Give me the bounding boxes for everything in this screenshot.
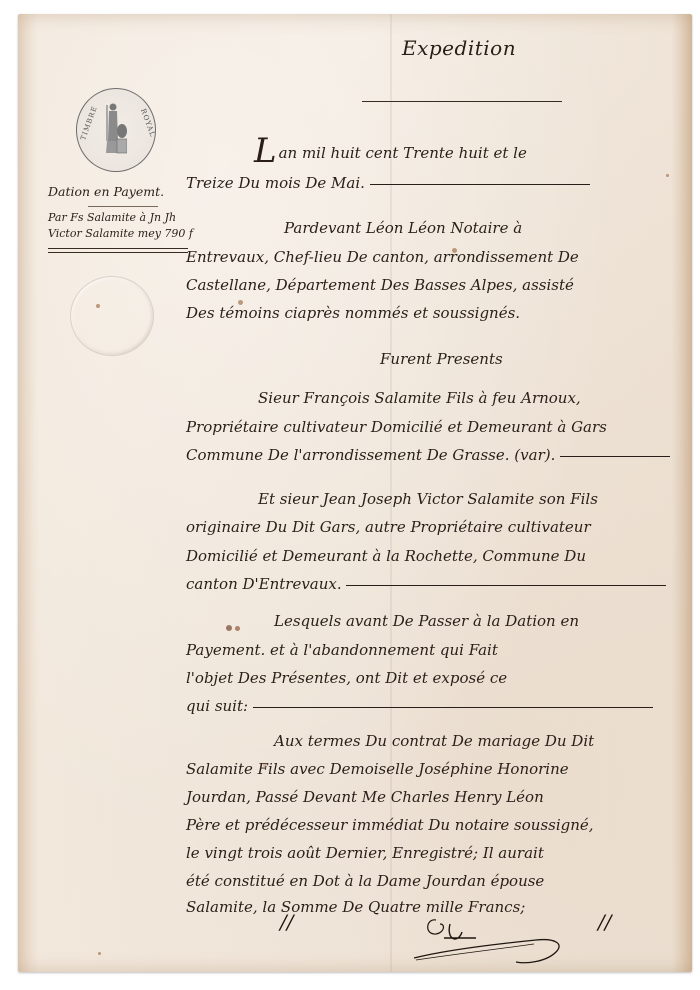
body-line: Sieur François Salamite Fils à feu Arnou…	[258, 389, 581, 407]
body-line-text: le vingt trois août Dernier, Enregistré;…	[186, 844, 544, 862]
closing-mark-right: //	[598, 910, 611, 934]
body-line: Jourdan, Passé Devant Me Charles Henry L…	[186, 788, 544, 806]
body-line-text: Père et prédécesseur immédiat Du notaire…	[186, 816, 594, 834]
margin-double-rule	[48, 248, 188, 249]
body-line-text: Et sieur Jean Joseph Victor Salamite son…	[258, 490, 598, 508]
line-filler-rule	[346, 585, 666, 586]
body-line: Et sieur Jean Joseph Victor Salamite son…	[258, 490, 598, 508]
body-line: qui suit:	[186, 697, 653, 715]
document-heading: Expedition	[402, 36, 516, 60]
body-line: Père et prédécesseur immédiat Du notaire…	[186, 816, 594, 834]
body-line: Salamite Fils avec Demoiselle Joséphine …	[186, 760, 569, 778]
margin-note-parties-2: Victor Salamite mey 790 f	[48, 227, 193, 240]
body-line-text: Salamite Fils avec Demoiselle Joséphine …	[186, 760, 569, 778]
body-line-text: Entrevaux, Chef-lieu De canton, arrondis…	[186, 248, 579, 266]
body-line: Commune De l'arrondissement De Grasse. (…	[186, 446, 670, 464]
body-line: Lan mil huit cent Trente huit et le	[254, 144, 527, 162]
embossed-seal	[70, 276, 154, 356]
body-line-text: l'objet Des Présentes, ont Dit et exposé…	[186, 669, 507, 687]
stamp-text-right: ROYAL	[139, 108, 157, 139]
heading-underline	[362, 101, 562, 102]
royal-stamp-seal: TIMBRE ROYAL	[76, 88, 156, 172]
body-line-text: qui suit:	[186, 697, 248, 715]
margin-note-parties-1: Par Fs Salamite à Jn Jh	[48, 211, 176, 224]
body-line-text: Commune De l'arrondissement De Grasse. (…	[186, 446, 555, 464]
body-line-text: Pardevant Léon Léon Notaire à	[284, 219, 522, 237]
body-line: Lesquels avant De Passer à la Dation en	[274, 612, 579, 630]
foxing-spot	[226, 625, 232, 631]
foxing-spot	[666, 174, 669, 177]
body-line: Castellane, Département Des Basses Alpes…	[186, 276, 574, 294]
body-line: Payement. et à l'abandonnement qui Fait	[186, 641, 498, 659]
stamp-text-left: TIMBRE	[79, 105, 99, 142]
section-heading: Furent Presents	[380, 350, 503, 368]
body-line: Pardevant Léon Léon Notaire à	[284, 219, 522, 237]
body-line-text: Furent Presents	[380, 350, 503, 368]
body-line: canton D'Entrevaux.	[186, 575, 666, 593]
body-line-text: Payement. et à l'abandonnement qui Fait	[186, 641, 498, 659]
body-line: l'objet Des Présentes, ont Dit et exposé…	[186, 669, 507, 687]
line-filler-rule	[560, 456, 670, 457]
closing-mark-left: //	[280, 910, 293, 934]
line-filler-rule	[253, 707, 653, 708]
body-line-text: originaire Du Dit Gars, autre Propriétai…	[186, 518, 591, 536]
body-line-text: Castellane, Département Des Basses Alpes…	[186, 276, 574, 294]
notary-signature-icon	[406, 910, 586, 970]
body-line-text: canton D'Entrevaux.	[186, 575, 342, 593]
body-line-text: an mil huit cent Trente huit et le	[279, 144, 527, 162]
margin-double-rule	[48, 252, 188, 253]
body-line-text: été constitué en Dot à la Dame Jourdan é…	[186, 872, 544, 890]
margin-note-title: Dation en Payemt.	[48, 184, 164, 199]
body-line: Entrevaux, Chef-lieu De canton, arrondis…	[186, 248, 579, 266]
margin-note-divider	[88, 206, 158, 207]
body-line: été constitué en Dot à la Dame Jourdan é…	[186, 872, 544, 890]
document-page: Expedition TIMBRE ROYAL Dation en Payemt…	[18, 14, 692, 972]
foxing-spot	[98, 952, 101, 955]
body-line: Propriétaire cultivateur Domicilié et De…	[186, 418, 607, 436]
body-line-text: Propriétaire cultivateur Domicilié et De…	[186, 418, 607, 436]
body-line: le vingt trois août Dernier, Enregistré;…	[186, 844, 544, 862]
body-line-text: Aux termes Du contrat De mariage Du Dit	[274, 732, 594, 750]
body-line-text: Lesquels avant De Passer à la Dation en	[274, 612, 579, 630]
body-line: Treize Du mois De Mai.	[186, 174, 590, 192]
body-line: originaire Du Dit Gars, autre Propriétai…	[186, 518, 591, 536]
body-line-text: Domicilié et Demeurant à la Rochette, Co…	[186, 547, 586, 565]
foxing-spot	[235, 626, 240, 631]
initial-capital: L	[254, 131, 277, 171]
body-line-text: Sieur François Salamite Fils à feu Arnou…	[258, 389, 581, 407]
body-line-text: Treize Du mois De Mai.	[186, 174, 365, 192]
body-line-text: Des témoins ciaprès nommés et soussignés…	[186, 304, 520, 322]
body-line: Domicilié et Demeurant à la Rochette, Co…	[186, 547, 586, 565]
body-line: Des témoins ciaprès nommés et soussignés…	[186, 304, 520, 322]
body-line-text: Jourdan, Passé Devant Me Charles Henry L…	[186, 788, 544, 806]
body-line: Aux termes Du contrat De mariage Du Dit	[274, 732, 594, 750]
line-filler-rule	[370, 184, 590, 185]
allegorical-figure-icon	[103, 101, 127, 159]
